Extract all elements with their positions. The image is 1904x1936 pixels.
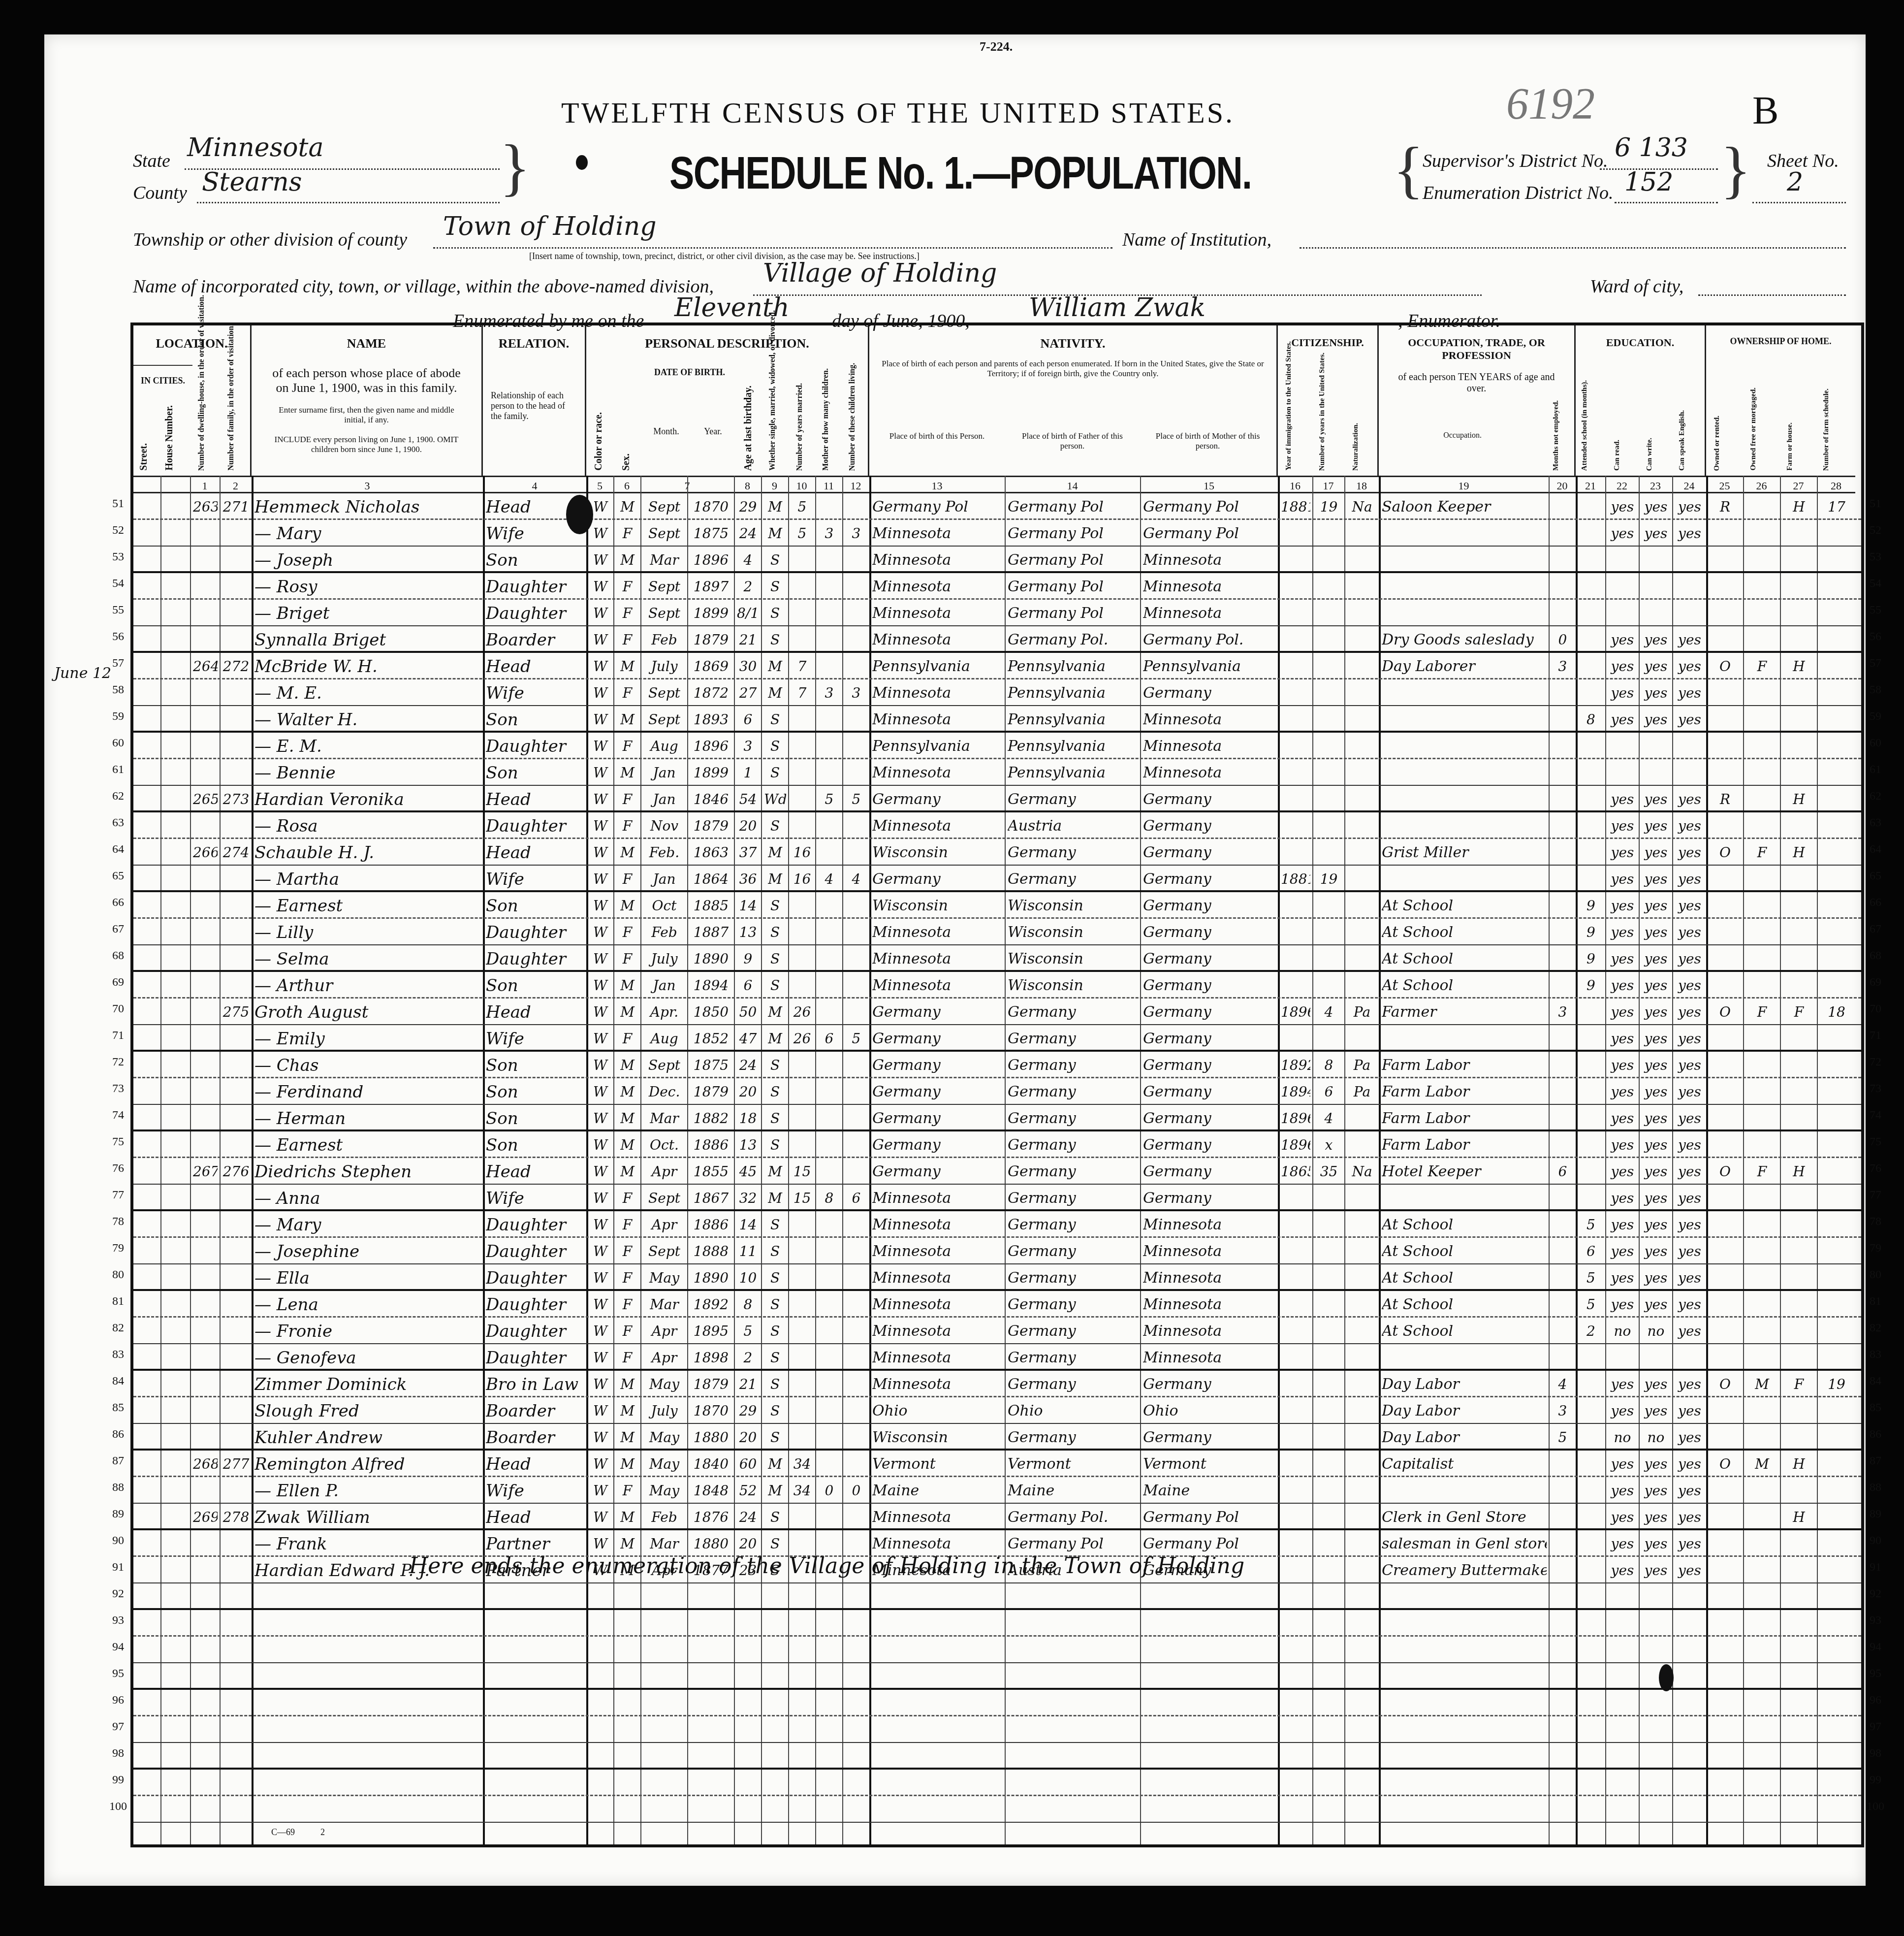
cell-bf: Germany <box>1008 841 1138 865</box>
cell-sp: yes <box>1675 1027 1704 1051</box>
cell-fh: H <box>1783 1160 1815 1184</box>
cell-rd: yes <box>1608 1240 1637 1263</box>
line-number: 53 <box>1861 544 1890 570</box>
cell-wr: yes <box>1642 1559 1670 1582</box>
footer-code-2: 2 <box>320 1827 325 1838</box>
cell-age: 10 <box>737 1266 759 1290</box>
cell-own: O <box>1709 1373 1741 1396</box>
cell-rd: yes <box>1608 1160 1637 1184</box>
cell-bm: Pennsylvania <box>1143 655 1276 678</box>
column-number: 23 <box>1639 476 1672 493</box>
cell-relation: Daughter <box>486 947 584 971</box>
cell-wr: yes <box>1642 1160 1670 1184</box>
cell-bf: Maine <box>1008 1479 1138 1503</box>
cell-year: 1894 <box>690 974 732 998</box>
cell-bm: Germany Pol <box>1143 1532 1276 1556</box>
cell-name: Remington Alfred <box>254 1452 481 1476</box>
cell-month: Sept <box>643 708 685 732</box>
line-number: 99 <box>1861 1767 1890 1793</box>
cell-month: May <box>643 1479 685 1503</box>
table-row: 263271Hemmeck NicholasHeadWMSept187029M5… <box>133 493 1861 520</box>
line-number: 69 <box>1861 969 1890 996</box>
cell-sex: M <box>616 1399 638 1423</box>
table-row <box>133 1743 1861 1770</box>
line-number: 64 <box>1861 836 1890 863</box>
cell-wr: yes <box>1642 1080 1670 1104</box>
cell-mu: 5 <box>1552 1426 1574 1450</box>
cell-sch: 9 <box>1579 921 1603 944</box>
cell-sp: yes <box>1675 1213 1704 1237</box>
cell-name: — Ella <box>254 1266 481 1290</box>
line-number: 54 <box>103 570 133 597</box>
cell-marital: S <box>764 1373 786 1396</box>
cell-wr: yes <box>1642 708 1670 732</box>
cell-color: W <box>589 921 611 944</box>
cell-occ: Clerk in Genl Store <box>1382 1506 1547 1529</box>
cell-color: W <box>589 1160 611 1184</box>
cell-wr: yes <box>1642 1266 1670 1290</box>
cell-ym: 5 <box>791 495 813 519</box>
cell-sex: F <box>616 681 638 705</box>
cell-sex: M <box>616 1373 638 1396</box>
cell-occ: Dry Goods saleslady <box>1382 628 1547 652</box>
cell-bf: Germany <box>1008 868 1138 891</box>
line-number: 95 <box>1861 1660 1890 1687</box>
cell-relation: Boarder <box>486 1426 584 1450</box>
cell-rd: yes <box>1608 788 1637 811</box>
line-number: 57 <box>1861 650 1890 677</box>
cell-marital: S <box>764 549 786 572</box>
line-number: 60 <box>1861 730 1890 756</box>
cell-rd: yes <box>1608 921 1637 944</box>
cell-name: — Anna <box>254 1187 481 1210</box>
cell-sp: yes <box>1675 1426 1704 1450</box>
cell-name: — Mary <box>254 522 481 546</box>
cell-name: — Ferdinand <box>254 1080 481 1104</box>
table-row <box>133 1637 1861 1663</box>
cell-fm: F <box>1746 1160 1778 1184</box>
cell-marital: M <box>764 868 786 891</box>
cell-month: Dec. <box>643 1080 685 1104</box>
cell-name: McBride W. H. <box>254 655 481 678</box>
cell-month: Mar <box>643 549 685 572</box>
cell-age: 9 <box>737 947 759 971</box>
line-number: 67 <box>103 916 133 942</box>
cell-marital: M <box>764 495 786 519</box>
cell-bm: Germany <box>1143 1080 1276 1104</box>
cell-cl: 5 <box>845 1027 867 1051</box>
cell-occ: At School <box>1382 1293 1547 1317</box>
supervisor-value: 6 133 <box>1615 133 1688 162</box>
cell-bp: Vermont <box>872 1452 1003 1476</box>
cell-year: 1875 <box>690 1054 732 1077</box>
table-row: — FronieDaughterWFApr18955SMinnesotaGerm… <box>133 1318 1861 1344</box>
cell-bp: Minnesota <box>872 1373 1003 1396</box>
line-number: 71 <box>103 1022 133 1049</box>
cell-sch: 9 <box>1579 947 1603 971</box>
cell-color: W <box>589 788 611 811</box>
table-row: Zimmer DominickBro in LawWMMay187921SMin… <box>133 1371 1861 1397</box>
cell-bf: Germany <box>1008 1187 1138 1210</box>
cell-month: Apr <box>643 1160 685 1184</box>
cell-yrs: 19 <box>1315 495 1342 519</box>
line-number: 55 <box>1861 597 1890 623</box>
cell-sp: yes <box>1675 1452 1704 1476</box>
footer-code: C—69 <box>271 1827 295 1838</box>
cell-month: Mar <box>643 1107 685 1130</box>
cell-year: 1864 <box>690 868 732 891</box>
cell-bm: Germany Pol <box>1143 522 1276 546</box>
cell-month: Nov <box>643 814 685 838</box>
cell-month: Apr <box>643 1320 685 1343</box>
cell-name: — Rosy <box>254 575 481 599</box>
cell-wr: no <box>1642 1426 1670 1450</box>
cell-color: W <box>589 1373 611 1396</box>
line-number: 92 <box>103 1581 133 1607</box>
table-row: Synnalla BrigetBoarderWFFeb187921SMinnes… <box>133 626 1861 653</box>
cell-month: Sept <box>643 495 685 519</box>
header-occupation: OCCUPATION, TRADE, OR PROFESSION of each… <box>1379 325 1576 476</box>
cell-marital: S <box>764 1320 786 1343</box>
table-row <box>133 1583 1861 1610</box>
cell-mu: 4 <box>1552 1373 1574 1396</box>
line-number: 79 <box>1861 1235 1890 1261</box>
line-number: 63 <box>1861 809 1890 836</box>
cell-rd: yes <box>1608 1027 1637 1051</box>
cell-rd: no <box>1608 1426 1637 1450</box>
cell-wr: yes <box>1642 1532 1670 1556</box>
cell-rd: yes <box>1608 1373 1637 1396</box>
cell-year: 1855 <box>690 1160 732 1184</box>
brace-district-close: } <box>1720 133 1751 207</box>
cell-occ: At School <box>1382 974 1547 998</box>
cell-cl: 6 <box>845 1187 867 1210</box>
cell-occ: Creamery Buttermaker <box>1382 1559 1547 1582</box>
cell-marital: S <box>764 602 786 625</box>
cell-name: — Briget <box>254 602 481 625</box>
cell-ym: 7 <box>791 681 813 705</box>
cell-bf: Germany <box>1008 1266 1138 1290</box>
cell-sp: yes <box>1675 1532 1704 1556</box>
cell-bp: Wisconsin <box>872 841 1003 865</box>
cell-color: W <box>589 575 611 599</box>
cell-sex: F <box>616 575 638 599</box>
sheet-letter: B <box>1752 89 1778 133</box>
cell-relation: Daughter <box>486 1320 584 1343</box>
cell-bm: Germany <box>1143 1027 1276 1051</box>
cell-color: W <box>589 681 611 705</box>
cell-color: W <box>589 974 611 998</box>
cell-rd: yes <box>1608 1133 1637 1157</box>
cell-dwelling: 267 <box>193 1160 218 1184</box>
cell-color: W <box>589 761 611 785</box>
cell-color: W <box>589 1479 611 1503</box>
table-row: — JosephineDaughterWFSept188811SMinnesot… <box>133 1238 1861 1264</box>
cell-relation: Head <box>486 1000 584 1024</box>
cell-sex: F <box>616 1266 638 1290</box>
column-number: 6 <box>613 476 640 493</box>
line-number: 76 <box>1861 1155 1890 1182</box>
line-number: 65 <box>1861 863 1890 889</box>
line-number: 64 <box>103 836 133 863</box>
cell-bm: Germany <box>1143 1373 1276 1396</box>
cell-occ: Day Labor <box>1382 1399 1547 1423</box>
cell-month: May <box>643 1373 685 1396</box>
cell-fh: H <box>1783 655 1815 678</box>
cell-rd: yes <box>1608 495 1637 519</box>
cell-age: 3 <box>737 735 759 758</box>
cell-marital: M <box>764 681 786 705</box>
cell-sp: yes <box>1675 1107 1704 1130</box>
cell-dwelling: 263 <box>193 495 218 519</box>
cell-color: W <box>589 1506 611 1529</box>
cell-bf: Wisconsin <box>1008 894 1138 918</box>
cell-sp: yes <box>1675 655 1704 678</box>
cell-bp: Germany Pol <box>872 495 1003 519</box>
cell-relation: Daughter <box>486 1293 584 1317</box>
cell-bm: Germany <box>1143 814 1276 838</box>
state-value: Minnesota <box>187 133 324 162</box>
cell-year: 1869 <box>690 655 732 678</box>
cell-occ: Farm Labor <box>1382 1133 1547 1157</box>
cell-own: O <box>1709 1452 1741 1476</box>
cell-sp: yes <box>1675 681 1704 705</box>
cell-sex: F <box>616 602 638 625</box>
cell-nat: Pa <box>1347 1054 1377 1077</box>
cell-month: Aug <box>643 735 685 758</box>
cell-sp: yes <box>1675 947 1704 971</box>
cell-age: 4 <box>737 549 759 572</box>
cell-rd: yes <box>1608 894 1637 918</box>
cell-month: Apr <box>643 1213 685 1237</box>
cell-age: 6 <box>737 708 759 732</box>
line-number: 68 <box>103 942 133 969</box>
cell-rd: yes <box>1608 814 1637 838</box>
column-number: 11 <box>815 476 842 493</box>
cell-color: W <box>589 1426 611 1450</box>
cell-name: Groth August <box>254 1000 481 1024</box>
cell-dwelling: 268 <box>193 1452 218 1476</box>
cell-relation: Son <box>486 1133 584 1157</box>
cell-occ: Day Laborer <box>1382 655 1547 678</box>
cell-relation: Boarder <box>486 628 584 652</box>
cell-sp: yes <box>1675 1399 1704 1423</box>
line-number: 91 <box>1861 1554 1890 1581</box>
cell-month: May <box>643 1266 685 1290</box>
cell-color: W <box>589 1080 611 1104</box>
line-number: 89 <box>1861 1501 1890 1527</box>
cell-relation: Son <box>486 1080 584 1104</box>
line-number: 85 <box>1861 1394 1890 1421</box>
line-number: 93 <box>1861 1607 1890 1634</box>
cell-name: Zwak William <box>254 1506 481 1529</box>
cell-month: Oct <box>643 894 685 918</box>
cell-year: 1879 <box>690 814 732 838</box>
cell-color: W <box>589 841 611 865</box>
cell-yrs: 4 <box>1315 1000 1342 1024</box>
cell-bp: Minnesota <box>872 814 1003 838</box>
cell-ym: 34 <box>791 1479 813 1503</box>
cell-yrs: 19 <box>1315 868 1342 891</box>
cell-family: 273 <box>222 788 250 811</box>
cell-bm: Germany Pol. <box>1143 628 1276 652</box>
cell-bf: Pennsylvania <box>1008 761 1138 785</box>
cell-bf: Germany <box>1008 1213 1138 1237</box>
table-row <box>133 1796 1861 1823</box>
cell-sex: F <box>616 1240 638 1263</box>
cell-rd: yes <box>1608 681 1637 705</box>
table-row: — EmilyWifeWFAug185247M2665GermanyGerman… <box>133 1025 1861 1052</box>
cell-age: 21 <box>737 628 759 652</box>
column-number: 12 <box>842 476 869 493</box>
cell-rd: yes <box>1608 1213 1637 1237</box>
cell-bf: Wisconsin <box>1008 947 1138 971</box>
cell-bm: Minnesota <box>1143 761 1276 785</box>
cell-family: 272 <box>222 655 250 678</box>
cell-name: — Ellen P. <box>254 1479 481 1503</box>
cell-name: — Genofeva <box>254 1346 481 1370</box>
column-number: 24 <box>1672 476 1706 493</box>
cell-cl: 3 <box>845 522 867 546</box>
cell-bm: Germany <box>1143 1107 1276 1130</box>
cell-sp: yes <box>1675 1000 1704 1024</box>
cell-age: 24 <box>737 522 759 546</box>
cell-marital: S <box>764 761 786 785</box>
cell-sp: yes <box>1675 921 1704 944</box>
cell-relation: Daughter <box>486 1240 584 1263</box>
cell-color: W <box>589 1054 611 1077</box>
census-sheet: 7-224. TWELFTH CENSUS OF THE UNITED STAT… <box>44 34 1866 1886</box>
township-value: Town of Holding <box>443 212 657 241</box>
header-relation: RELATION. Relationship of each person to… <box>483 325 586 476</box>
cell-cl: 3 <box>845 681 867 705</box>
cell-wr: yes <box>1642 495 1670 519</box>
cell-rd: yes <box>1608 1532 1637 1556</box>
cell-age: 20 <box>737 1532 759 1556</box>
line-number: 86 <box>103 1421 133 1448</box>
line-number: 82 <box>1861 1315 1890 1341</box>
line-number: 84 <box>103 1368 133 1394</box>
line-number: 74 <box>1861 1102 1890 1129</box>
cell-bm: Germany <box>1143 1426 1276 1450</box>
cell-bf: Germany Pol <box>1008 575 1138 599</box>
cell-year: 1852 <box>690 1027 732 1051</box>
line-number: 61 <box>103 756 133 783</box>
institution-field <box>1300 247 1846 249</box>
cell-color: W <box>589 1000 611 1024</box>
table-row: — ChasSonWMSept187524SGermanyGermanyGerm… <box>133 1052 1861 1078</box>
cell-nat: Na <box>1347 495 1377 519</box>
cell-relation: Son <box>486 549 584 572</box>
cell-sex: F <box>616 1187 638 1210</box>
cell-family: 277 <box>222 1452 250 1476</box>
cell-relation: Head <box>486 1452 584 1476</box>
cell-mo: 6 <box>818 1027 840 1051</box>
cell-sex: M <box>616 1000 638 1024</box>
table-row: — EarnestSonWMOct188514SWisconsinWiscons… <box>133 892 1861 919</box>
line-number: 75 <box>103 1129 133 1155</box>
cell-ym: 26 <box>791 1000 813 1024</box>
cell-mu: 6 <box>1552 1160 1574 1184</box>
cell-imm: 1896 <box>1281 1107 1310 1130</box>
cell-bp: Pennsylvania <box>872 655 1003 678</box>
cell-year: 1896 <box>690 735 732 758</box>
cell-name: — Fronie <box>254 1320 481 1343</box>
cell-occ: At School <box>1382 894 1547 918</box>
cell-own: O <box>1709 1000 1741 1024</box>
cell-year: 1886 <box>690 1213 732 1237</box>
cell-marital: S <box>764 947 786 971</box>
cell-color: W <box>589 602 611 625</box>
table-row: — GenofevaDaughterWFApr18982SMinnesotaGe… <box>133 1344 1861 1371</box>
cell-fh: H <box>1783 1506 1815 1529</box>
margin-note: June 12 <box>54 665 111 682</box>
cell-sex: M <box>616 495 638 519</box>
cell-month: Apr. <box>643 1000 685 1024</box>
cell-name: — Chas <box>254 1054 481 1077</box>
cell-year: 1885 <box>690 894 732 918</box>
sheet-value: 2 <box>1787 167 1803 197</box>
page-title: TWELFTH CENSUS OF THE UNITED STATES. <box>561 96 1235 130</box>
line-number: 59 <box>103 703 133 730</box>
table-row: — JosephSonWMMar18964SMinnesotaGermany P… <box>133 547 1861 573</box>
cell-sp: yes <box>1675 1373 1704 1396</box>
cell-sp: yes <box>1675 495 1704 519</box>
cell-occ: At School <box>1382 1240 1547 1263</box>
cell-year: 1870 <box>690 495 732 519</box>
cell-bf: Pennsylvania <box>1008 708 1138 732</box>
cell-year: 1876 <box>690 1506 732 1529</box>
cell-rd: yes <box>1608 1293 1637 1317</box>
line-number: 66 <box>103 889 133 916</box>
table-row <box>133 1716 1861 1743</box>
cell-sex: M <box>616 761 638 785</box>
cell-sp: yes <box>1675 1320 1704 1343</box>
cell-bp: Minnesota <box>872 628 1003 652</box>
cell-age: 52 <box>737 1479 759 1503</box>
cell-rd: yes <box>1608 708 1637 732</box>
cell-bf: Germany <box>1008 1373 1138 1396</box>
cell-bf: Germany Pol <box>1008 1532 1138 1556</box>
cell-relation: Head <box>486 655 584 678</box>
line-number: 63 <box>103 809 133 836</box>
cell-relation: Partner <box>486 1532 584 1556</box>
cell-fh: H <box>1783 788 1815 811</box>
cell-bf: Germany <box>1008 1293 1138 1317</box>
cell-sch: 5 <box>1579 1293 1603 1317</box>
cell-sex: F <box>616 868 638 891</box>
header-citizenship: CITIZENSHIP. Year of immigration to the … <box>1278 325 1379 476</box>
cell-fm: F <box>1746 841 1778 865</box>
cell-marital: S <box>764 814 786 838</box>
cell-wr: yes <box>1642 1373 1670 1396</box>
cell-bp: Germany <box>872 1133 1003 1157</box>
cell-name: — Bennie <box>254 761 481 785</box>
line-number: 100 <box>103 1793 133 1820</box>
cell-rd: yes <box>1608 1107 1637 1130</box>
cell-family: 271 <box>222 495 250 519</box>
cell-sch: 9 <box>1579 894 1603 918</box>
cell-age: 18 <box>737 1107 759 1130</box>
line-number: 53 <box>103 544 133 570</box>
cell-sex: M <box>616 1080 638 1104</box>
cell-bf: Germany Pol <box>1008 522 1138 546</box>
cell-wr: yes <box>1642 628 1670 652</box>
cell-relation: Daughter <box>486 602 584 625</box>
line-number: 78 <box>103 1208 133 1235</box>
cell-rd: yes <box>1608 1266 1637 1290</box>
enumeration-label: Enumeration District No. <box>1423 182 1613 204</box>
